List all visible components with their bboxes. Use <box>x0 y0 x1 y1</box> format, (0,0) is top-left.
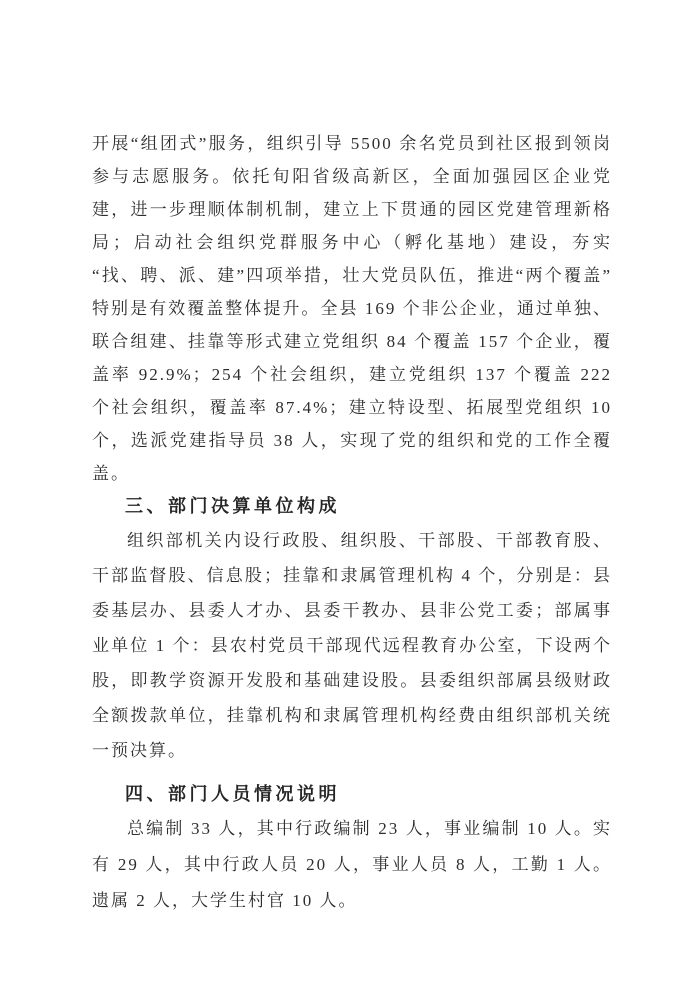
section-heading-personnel: 四、部门人员情况说明 <box>92 778 612 811</box>
section-heading-unit-composition: 三、部门决算单位构成 <box>92 490 612 523</box>
document-page: 开展“组团式”服务，组织引导 5500 余名党员到社区报到领岗参与志愿服务。依托… <box>0 0 700 989</box>
paragraph-personnel: 总编制 33 人，其中行政编制 23 人，事业编制 10 人。实有 29 人，其… <box>92 811 612 919</box>
paragraph-party-building-continuation: 开展“组团式”服务，组织引导 5500 余名党员到社区报到领岗参与志愿服务。依托… <box>92 127 612 490</box>
paragraph-unit-composition: 组织部机关内设行政股、组织股、干部股、干部教育股、干部监督股、信息股；挂靠和隶属… <box>92 523 612 768</box>
